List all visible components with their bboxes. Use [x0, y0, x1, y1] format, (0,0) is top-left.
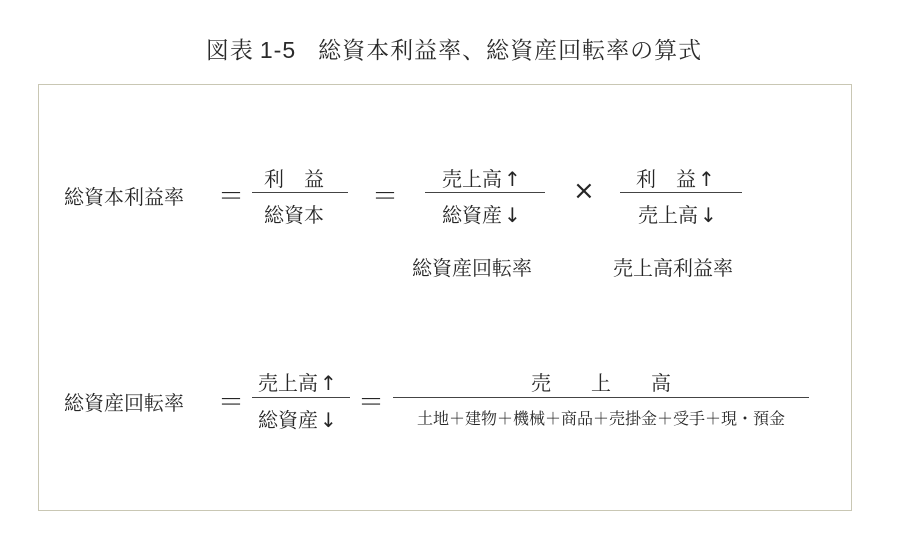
arrow-up-icon: ↑ — [504, 167, 521, 191]
frac2-numerator-text: 売上高 — [442, 167, 502, 191]
frac3-denominator-text: 売上高 — [638, 203, 698, 227]
figure-title: 図表1-5総資本利益率、総資産回転率の算式 — [0, 32, 908, 65]
formula2-frac2-rule — [393, 397, 809, 398]
formula1-frac3-rule — [620, 192, 742, 193]
formula2-equals-2: ＝ — [358, 382, 384, 419]
formula1-frac3-numerator: 利 益↑ — [636, 163, 715, 192]
formula1-equals-1: ＝ — [218, 176, 244, 213]
formula1-frac2-numerator: 売上高↑ — [442, 163, 521, 192]
figure-number: 1-5 — [260, 37, 296, 63]
formula1-equals-2: ＝ — [372, 176, 398, 213]
formula2-frac1-denominator: 総資産↓ — [258, 404, 337, 433]
formula1-frac2-rule — [425, 192, 545, 193]
formula-frame — [38, 84, 852, 511]
formula1-frac1-rule — [252, 192, 348, 193]
arrow-down-icon: ↓ — [504, 203, 521, 227]
arrow-up-icon: ↑ — [320, 371, 337, 395]
formula2-lhs: 総資産回転率 — [64, 387, 184, 416]
arrow-down-icon: ↓ — [700, 203, 717, 227]
frac1-numerator-text: 売上高 — [258, 371, 318, 395]
formula2-frac1-rule — [252, 397, 350, 398]
formula1-frac2-denominator: 総資産↓ — [442, 199, 521, 228]
formula1-frac2-caption: 総資産回転率 — [412, 252, 532, 281]
formula1-frac1-denominator: 総資本 — [264, 199, 324, 228]
figure-title-text: 総資本利益率、総資産回転率の算式 — [318, 38, 702, 64]
formula1-frac3-denominator: 売上高↓ — [638, 199, 717, 228]
arrow-up-icon: ↑ — [698, 167, 715, 191]
frac3-numerator-text: 利 益 — [636, 167, 696, 191]
formula1-frac1-numerator: 利 益 — [264, 163, 324, 192]
formula1-frac3-caption: 売上高利益率 — [613, 252, 733, 281]
arrow-down-icon: ↓ — [320, 408, 337, 432]
frac2-denominator-text: 総資産 — [442, 203, 502, 227]
formula2-frac1-numerator: 売上高↑ — [258, 367, 337, 396]
formula1-times: × — [573, 176, 595, 206]
formula2-equals-1: ＝ — [218, 382, 244, 419]
frac1-denominator-text: 総資産 — [258, 408, 318, 432]
formula2-frac2-numerator: 売 上 高 — [393, 367, 809, 396]
figure-prefix: 図表 — [206, 38, 254, 64]
formula2-frac2-denominator: 土地＋建物＋機械＋商品＋売掛金＋受手＋現・預金 — [393, 406, 809, 429]
formula1-lhs: 総資本利益率 — [64, 181, 184, 210]
